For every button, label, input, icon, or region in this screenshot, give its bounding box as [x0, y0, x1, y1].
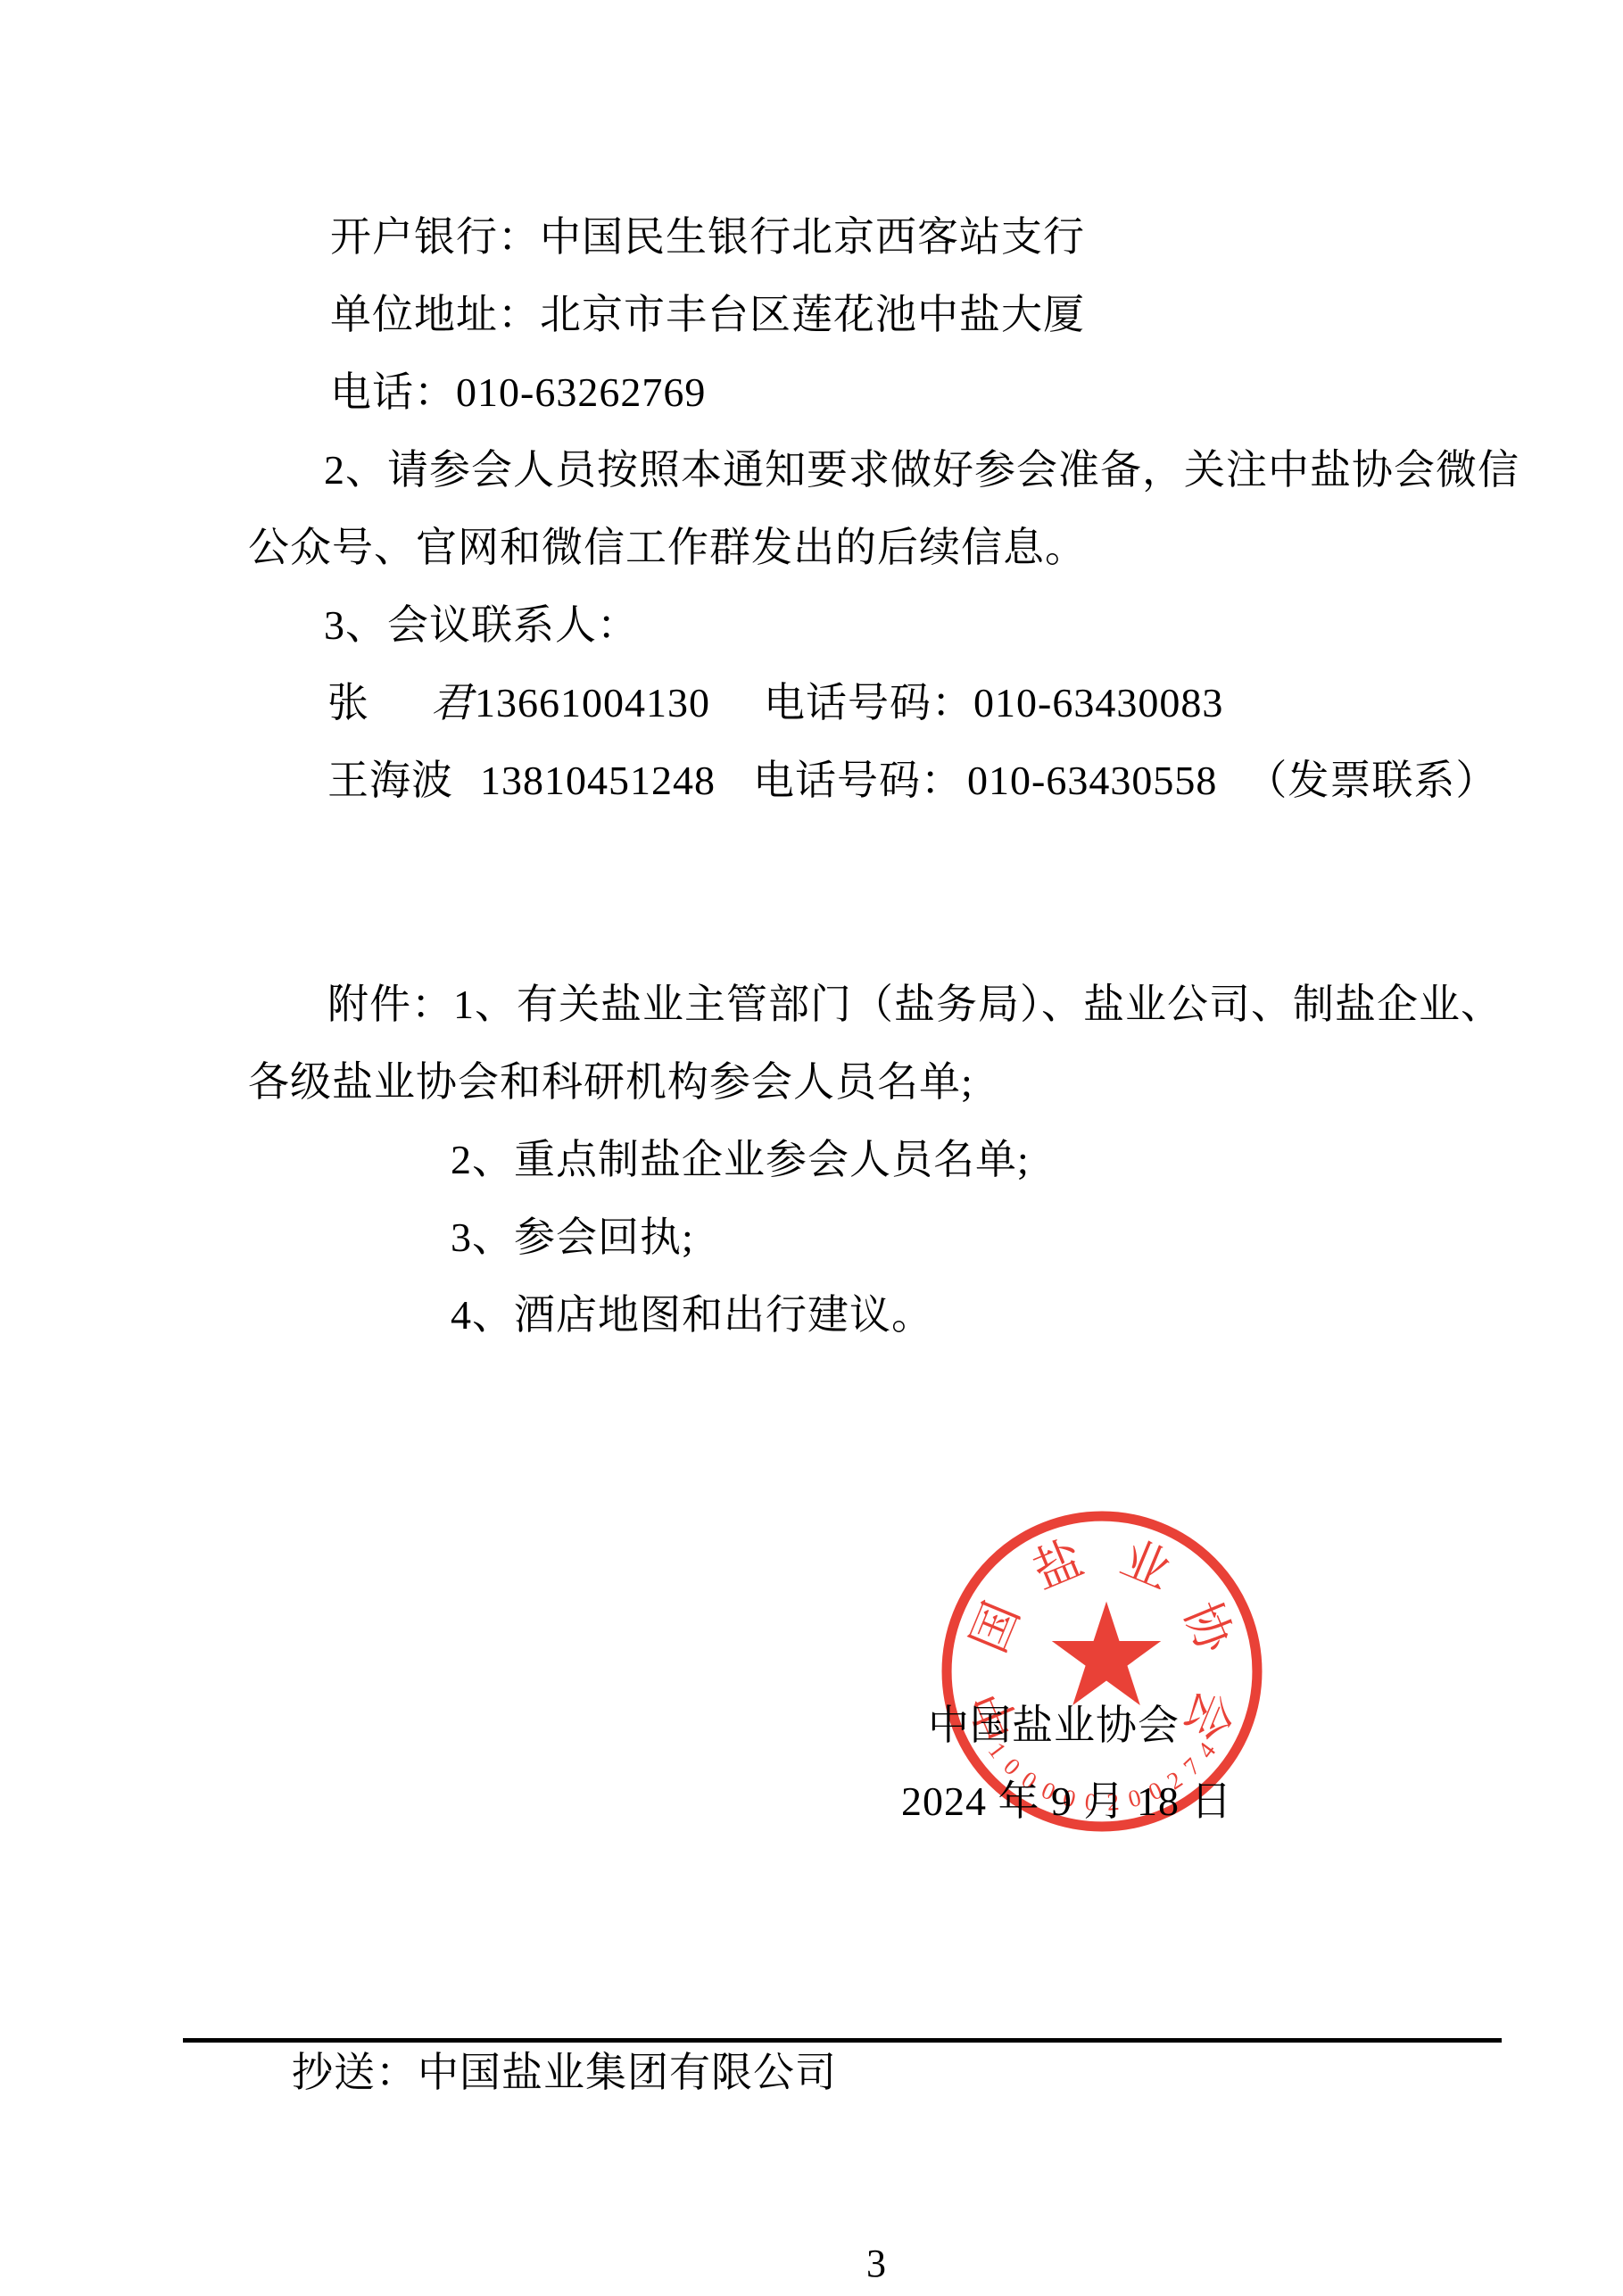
- address-line: 单位地址：北京市丰台区莲花池中盐大厦: [330, 292, 1085, 339]
- svg-text:0: 0: [1060, 1784, 1079, 1812]
- contact-line-2: 王海波13810451248电话号码：010-63430558（发票联系）: [327, 758, 1497, 805]
- svg-text:0: 0: [1145, 1777, 1167, 1806]
- svg-text:会: 会: [1174, 1683, 1242, 1748]
- svg-text:7: 7: [1179, 1753, 1205, 1780]
- svg-text:0: 0: [1125, 1784, 1144, 1812]
- attachments-item2: 2、重点制盐企业参会人员名单;: [451, 1137, 1030, 1184]
- svg-text:业: 业: [1114, 1531, 1179, 1599]
- attachments-line1: 附件：1、有关盐业主管部门（盐务局）、盐业公司、制盐企业、: [327, 982, 1503, 1029]
- contact1-phone-label: 电话号码：: [764, 680, 973, 725]
- contact2-note: （发票联系）: [1246, 758, 1497, 803]
- contact1-mobile: 13661004130: [475, 680, 710, 725]
- contact1-given-name: 君: [431, 680, 473, 725]
- official-seal: 中国盐业协会100000200274: [940, 1509, 1264, 1834]
- paragraph2-line1: 2、请参会人员按照本通知要求做好参会准备，关注中盐协会微信: [324, 447, 1519, 494]
- document-page: 开户银行：中国民生银行北京西客站支行 单位地址：北京市丰台区莲花池中盐大厦 电话…: [0, 0, 1623, 2296]
- svg-text:2: 2: [1105, 1788, 1120, 1816]
- svg-text:中: 中: [962, 1683, 1030, 1748]
- contact2-mobile: 13810451248: [480, 758, 716, 803]
- svg-text:0: 0: [998, 1753, 1025, 1780]
- attachments-item4: 4、酒店地图和出行建议。: [451, 1292, 933, 1339]
- footer-divider: [183, 2038, 1502, 2043]
- paragraph2-line2: 公众号、官网和微信工作群发出的后续信息。: [248, 525, 1087, 572]
- phone-line: 电话：010-63262769: [330, 369, 706, 417]
- bank-line: 开户银行：中国民生银行北京西客站支行: [330, 214, 1085, 261]
- contact2-name: 王海波: [327, 758, 453, 803]
- svg-text:2: 2: [1163, 1766, 1188, 1795]
- attachments-item3: 3、参会回执;: [451, 1214, 694, 1262]
- contact-line-1: 张君13661004130电话号码：010-63430083: [327, 680, 1223, 727]
- paragraph3-line: 3、会议联系人：: [324, 602, 639, 650]
- cc-line: 抄送：中国盐业集团有限公司: [292, 2050, 837, 2097]
- contact1-phone: 010-63430083: [973, 680, 1223, 725]
- contact2-phone-label: 电话号码：: [753, 758, 963, 803]
- svg-text:0: 0: [1038, 1777, 1060, 1806]
- contact2-phone: 010-63430558: [967, 758, 1217, 803]
- svg-text:0: 0: [1016, 1766, 1041, 1795]
- svg-text:0: 0: [1084, 1788, 1098, 1816]
- svg-text:国: 国: [962, 1595, 1030, 1660]
- attachments-line2: 各级盐业协会和科研机构参会人员名单;: [248, 1059, 973, 1107]
- page-number: 3: [866, 2242, 886, 2287]
- contact1-surname: 张: [327, 680, 369, 725]
- svg-text:盐: 盐: [1025, 1531, 1090, 1599]
- svg-text:协: 协: [1174, 1595, 1243, 1662]
